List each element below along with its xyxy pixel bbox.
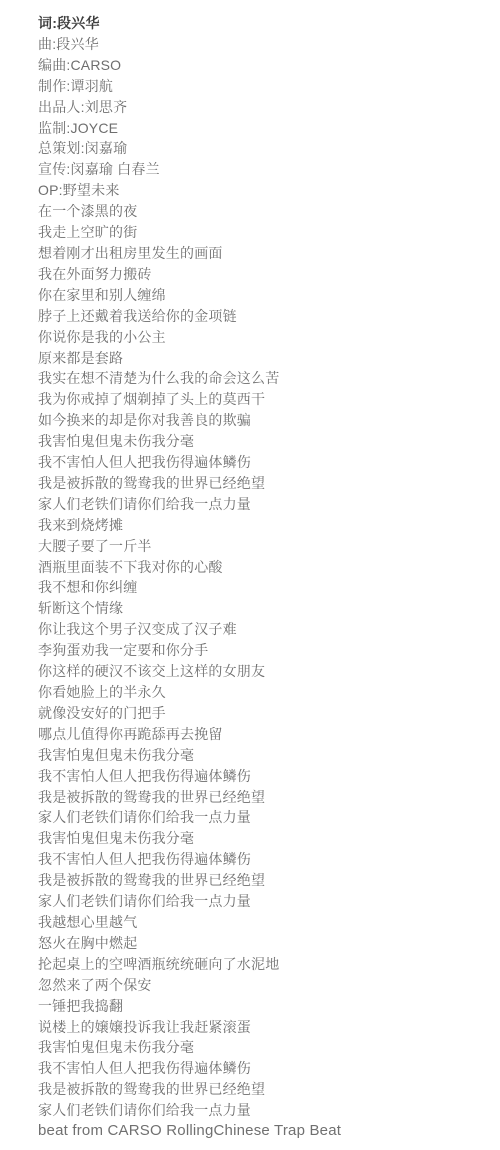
lyric-line: 说楼上的嬢嬢投诉我让我赶紧滚蛋 <box>38 1017 480 1038</box>
credit-line: 监制:JOYCE <box>38 118 480 139</box>
credits-title: 词:段兴华 <box>38 13 480 34</box>
lyric-line: 我害怕鬼但鬼未伤我分毫 <box>38 1037 480 1058</box>
lyric-line: 我害怕鬼但鬼未伤我分毫 <box>38 828 480 849</box>
lyric-line: 如今换来的却是你对我善良的欺骗 <box>38 410 480 431</box>
lyric-line: 我是被拆散的鸳鸯我的世界已经绝望 <box>38 870 480 891</box>
lyrics-page: 词:段兴华 曲:段兴华 编曲:CARSO 制作:谭羽航 出品人:刘思齐 监制:J… <box>0 0 500 1150</box>
credit-line: 出品人:刘思齐 <box>38 97 480 118</box>
lyric-line: 大腰子要了一斤半 <box>38 536 480 557</box>
lyric-line: 就像没安好的门把手 <box>38 703 480 724</box>
lyric-line: 哪点儿值得你再跪舔再去挽留 <box>38 724 480 745</box>
credit-line: 编曲:CARSO <box>38 55 480 76</box>
lyric-line: 你说你是我的小公主 <box>38 327 480 348</box>
lyric-line: 我害怕鬼但鬼未伤我分毫 <box>38 431 480 452</box>
credit-line: 曲:段兴华 <box>38 34 480 55</box>
lyric-line: 抡起桌上的空啤酒瓶统统砸向了水泥地 <box>38 954 480 975</box>
lyric-line: 我为你戒掉了烟剃掉了头上的莫西干 <box>38 389 480 410</box>
lyric-line: 我实在想不清楚为什么我的命会这么苦 <box>38 368 480 389</box>
lyric-line: 我在外面努力搬砖 <box>38 264 480 285</box>
lyric-line: 我不害怕人但人把我伤得遍体鳞伤 <box>38 849 480 870</box>
credit-line: 总策划:闵嘉瑜 <box>38 138 480 159</box>
lyric-line: 家人们老铁们请你们给我一点力量 <box>38 494 480 515</box>
credit-line: 宣传:闵嘉瑜 白春兰 <box>38 159 480 180</box>
lyric-line: 你在家里和别人缠绵 <box>38 285 480 306</box>
lyric-line: 家人们老铁们请你们给我一点力量 <box>38 807 480 828</box>
lyrics-block: 在一个漆黑的夜 我走上空旷的街 想着刚才出租房里发生的画面 我在外面努力搬砖 你… <box>38 201 480 1121</box>
lyric-line: 我越想心里越气 <box>38 912 480 933</box>
lyric-line: 我不害怕人但人把我伤得遍体鳞伤 <box>38 1058 480 1079</box>
lyric-line: 斩断这个情缘 <box>38 598 480 619</box>
lyric-line: 一锤把我捣翻 <box>38 996 480 1017</box>
credit-line: OP:野望未来 <box>38 180 480 201</box>
lyric-line: 怒火在胸中燃起 <box>38 933 480 954</box>
lyric-line: 我是被拆散的鸳鸯我的世界已经绝望 <box>38 787 480 808</box>
lyric-line: 我不害怕人但人把我伤得遍体鳞伤 <box>38 452 480 473</box>
lyric-line: 家人们老铁们请你们给我一点力量 <box>38 1100 480 1121</box>
lyric-line: 在一个漆黑的夜 <box>38 201 480 222</box>
lyric-line: 忽然来了两个保安 <box>38 975 480 996</box>
lyric-line: 你让我这个男子汉变成了汉子难 <box>38 619 480 640</box>
beat-credit: beat from CARSO RollingChinese Trap Beat <box>38 1121 480 1142</box>
lyric-line: 我不想和你纠缠 <box>38 577 480 598</box>
lyric-line: 酒瓶里面装不下我对你的心酸 <box>38 557 480 578</box>
lyric-line: 我走上空旷的街 <box>38 222 480 243</box>
lyric-line: 脖子上还戴着我送给你的金项链 <box>38 306 480 327</box>
lyric-line: 我来到烧烤摊 <box>38 515 480 536</box>
lyric-line: 想着刚才出租房里发生的画面 <box>38 243 480 264</box>
lyric-line: 我害怕鬼但鬼未伤我分毫 <box>38 745 480 766</box>
lyric-line: 家人们老铁们请你们给我一点力量 <box>38 891 480 912</box>
lyric-line: 你看她脸上的半永久 <box>38 682 480 703</box>
lyric-line: 李狗蛋劝我一定要和你分手 <box>38 640 480 661</box>
lyric-line: 你这样的硬汉不该交上这样的女朋友 <box>38 661 480 682</box>
lyric-line: 我是被拆散的鸳鸯我的世界已经绝望 <box>38 1079 480 1100</box>
lyric-line: 我是被拆散的鸳鸯我的世界已经绝望 <box>38 473 480 494</box>
lyric-line: 原来都是套路 <box>38 348 480 369</box>
lyric-line: 我不害怕人但人把我伤得遍体鳞伤 <box>38 766 480 787</box>
credits-block: 曲:段兴华 编曲:CARSO 制作:谭羽航 出品人:刘思齐 监制:JOYCE 总… <box>38 34 480 201</box>
credit-line: 制作:谭羽航 <box>38 76 480 97</box>
